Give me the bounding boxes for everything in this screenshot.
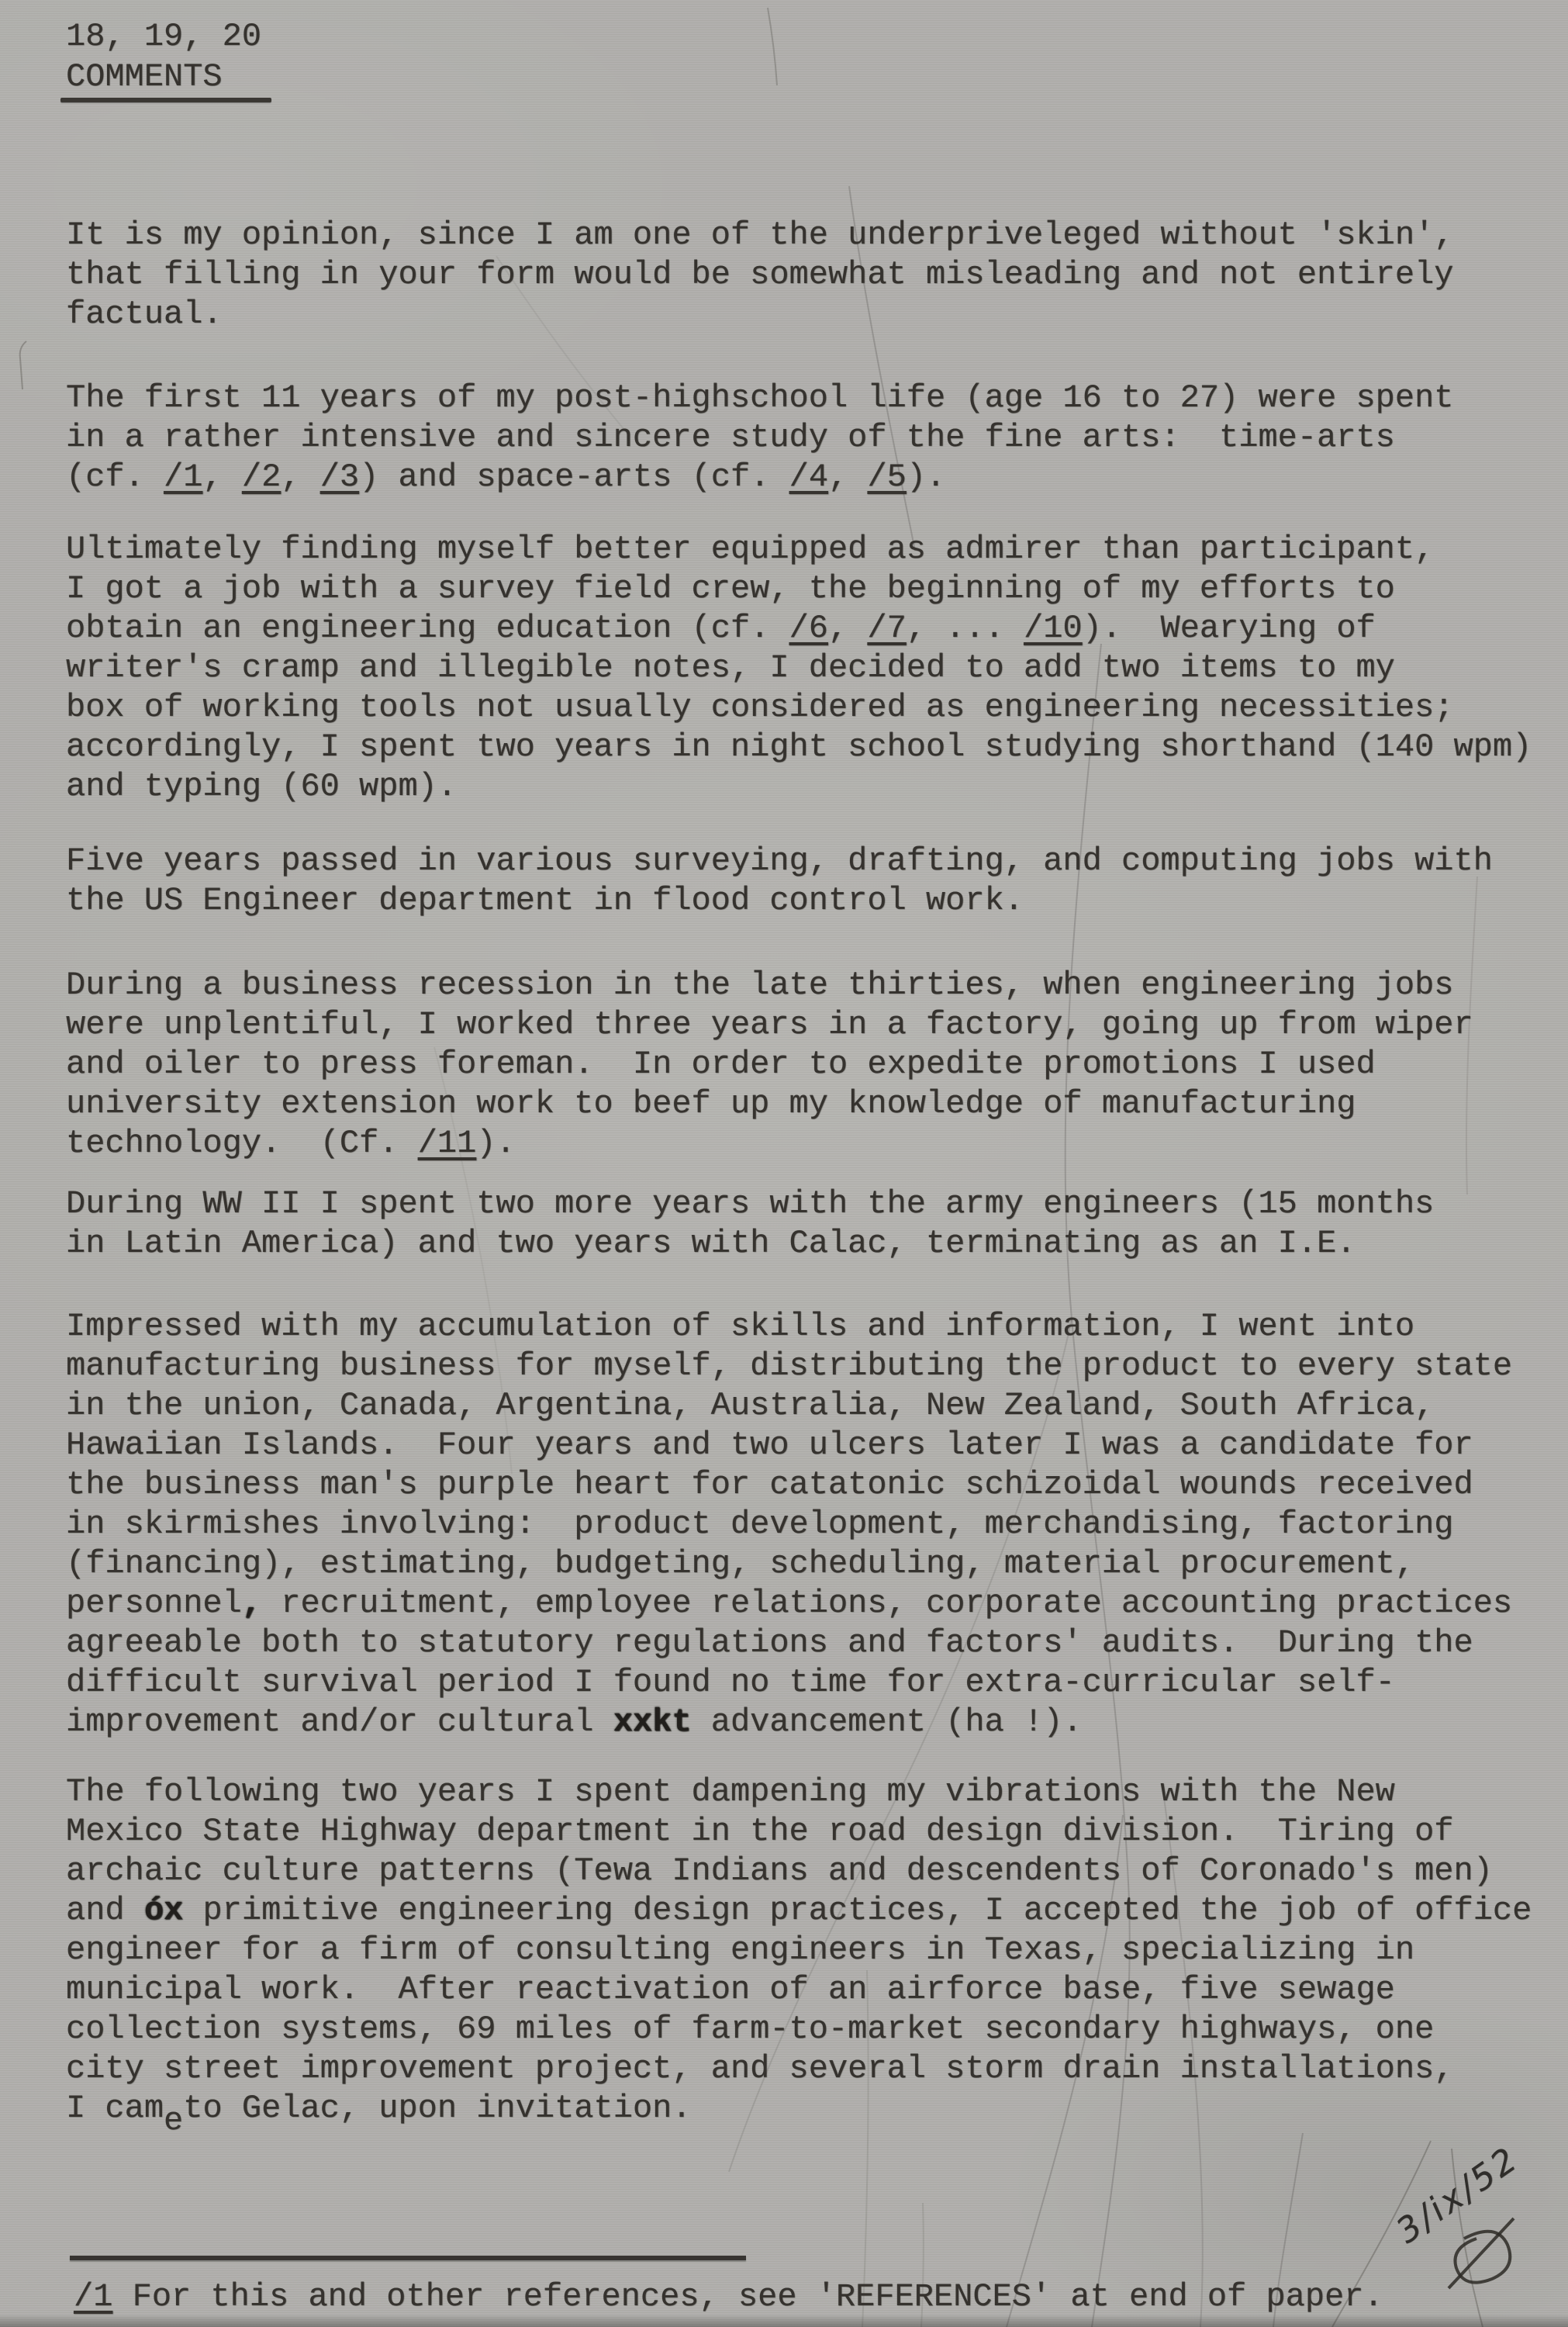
- text-line: During WW II I spent two more years with…: [66, 1184, 1434, 1224]
- text-line: and óx primitive engineering design prac…: [66, 1891, 1532, 1931]
- text-line: /1 For this and other references, see 'R…: [74, 2277, 1383, 2317]
- paragraph-survey-crew: Ultimately finding myself better equippe…: [66, 530, 1532, 807]
- text-line: I got a job with a survey field crew, th…: [66, 569, 1532, 609]
- paragraph-opinion: It is my opinion, since I am one of the …: [66, 216, 1454, 334]
- text-line: obtain an engineering education (cf. /6,…: [66, 609, 1532, 648]
- text-line: (cf. /1, /2, /3) and space-arts (cf. /4,…: [66, 458, 1454, 497]
- text-line: Hawaiian Islands. Four years and two ulc…: [66, 1426, 1512, 1465]
- document-page: 18, 19, 20 COMMENTS It is my opinion, si…: [0, 0, 1568, 2327]
- paragraph-new-mexico: The following two years I spent dampenin…: [66, 1772, 1532, 2128]
- footnote-text: /1 For this and other references, see 'R…: [74, 2277, 1383, 2317]
- reference-mark: /1: [164, 458, 202, 496]
- reference-mark: /6: [789, 610, 828, 647]
- reference-mark: /5: [867, 458, 906, 496]
- title-underline: [60, 98, 271, 102]
- text-line: Ultimately finding myself better equippe…: [66, 530, 1532, 569]
- text-line: city street improvement project, and sev…: [66, 2049, 1532, 2089]
- text-line: that filling in your form would be somew…: [66, 255, 1454, 295]
- text-line: and oiler to press foreman. In order to …: [66, 1045, 1473, 1084]
- paragraph-fine-arts: The first 11 years of my post-highschool…: [66, 379, 1454, 497]
- page-title: COMMENTS: [66, 57, 223, 97]
- reference-mark: /7: [867, 610, 906, 647]
- text-line: the business man's purple heart for cata…: [66, 1465, 1512, 1505]
- reference-mark: /4: [789, 458, 828, 496]
- paragraph-us-engineer: Five years passed in various surveying, …: [66, 842, 1493, 921]
- reference-mark: /11: [418, 1125, 477, 1162]
- text-line: in Latin America) and two years with Cal…: [66, 1224, 1434, 1264]
- text-line: engineer for a firm of consulting engine…: [66, 1931, 1532, 1970]
- paragraph-ww2: During WW II I spent two more years with…: [66, 1184, 1434, 1264]
- text-line: in skirmishes involving: product develop…: [66, 1505, 1512, 1544]
- reference-mark: /3: [320, 458, 359, 496]
- text-line: in a rather intensive and sincere study …: [66, 418, 1454, 458]
- text-line: difficult survival period I found no tim…: [66, 1663, 1512, 1703]
- text-line: personnel, recruitment, employee relatio…: [66, 1584, 1512, 1623]
- reference-mark: /10: [1024, 610, 1083, 647]
- text-line: factual.: [66, 295, 1454, 334]
- text-line: (financing), estimating, budgeting, sche…: [66, 1544, 1512, 1584]
- text-line: archaic culture patterns (Tewa Indians a…: [66, 1852, 1532, 1891]
- overstruck-text: óx: [144, 1892, 183, 1929]
- text-line: collection systems, 69 miles of farm-to-…: [66, 2010, 1532, 2049]
- text-line: manufacturing business for myself, distr…: [66, 1347, 1512, 1386]
- paragraph-recession: During a business recession in the late …: [66, 966, 1473, 1163]
- text-line: Five years passed in various surveying, …: [66, 842, 1493, 881]
- text-line: The following two years I spent dampenin…: [66, 1772, 1532, 1812]
- text-line: It is my opinion, since I am one of the …: [66, 216, 1454, 255]
- text-line: in the union, Canada, Argentina, Austral…: [66, 1386, 1512, 1426]
- text-line: writer's cramp and illegible notes, I de…: [66, 648, 1532, 688]
- page-numbers: 18, 19, 20: [66, 17, 261, 57]
- scan-edge-shadow: [0, 2315, 1568, 2327]
- text-line: and typing (60 wpm).: [66, 767, 1532, 807]
- text-line: agreeable both to statutory regulations …: [66, 1623, 1512, 1663]
- text-line: The first 11 years of my post-highschool…: [66, 379, 1454, 418]
- footnote-rule: [70, 2256, 746, 2260]
- text-line: During a business recession in the late …: [66, 966, 1473, 1005]
- text-line: the US Engineer department in flood cont…: [66, 881, 1493, 921]
- reference-mark: /2: [242, 458, 281, 496]
- text-line: box of working tools not usually conside…: [66, 688, 1532, 728]
- text-line: accordingly, I spent two years in night …: [66, 728, 1532, 767]
- text-line: improvement and/or cultural xxkt advance…: [66, 1703, 1512, 1742]
- paragraph-manufacturing: Impressed with my accumulation of skills…: [66, 1307, 1512, 1742]
- text-line: technology. (Cf. /11).: [66, 1124, 1473, 1163]
- text-line: Mexico State Highway department in the r…: [66, 1812, 1532, 1852]
- dropped-character: e: [164, 2102, 183, 2139]
- text-line: university extension work to beef up my …: [66, 1084, 1473, 1124]
- overstruck-text: ,: [242, 1585, 261, 1622]
- text-line: Impressed with my accumulation of skills…: [66, 1307, 1512, 1347]
- overstruck-text: xxkt: [613, 1703, 692, 1741]
- signature-scribble: [1449, 2218, 1514, 2288]
- reference-mark: /1: [74, 2278, 112, 2315]
- text-line: municipal work. After reactivation of an…: [66, 1970, 1532, 2010]
- text-line: I cameto Gelac, upon invitation.: [66, 2089, 1532, 2128]
- text-line: were unplentiful, I worked three years i…: [66, 1005, 1473, 1045]
